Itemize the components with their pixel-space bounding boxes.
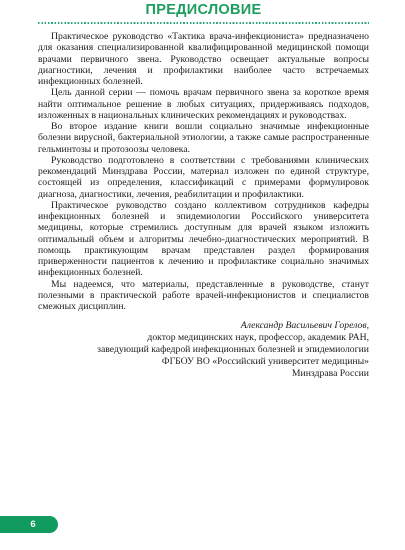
paragraph-2: Цель данной серии — помочь врачам первич… (38, 87, 369, 121)
page-number-badge: 6 (0, 516, 58, 533)
page-number: 6 (22, 519, 35, 530)
signature-line-3: ФГБОУ ВО «Российский университет медицин… (38, 356, 369, 368)
paragraph-5: Практическое руководство создано коллект… (38, 200, 369, 279)
paragraph-4: Руководство подготовлено в соответствии … (38, 155, 369, 200)
preface-text: Практическое руководство «Тактика врача-… (38, 31, 369, 312)
paragraph-3: Во второе издание книги вошли социально … (38, 121, 369, 155)
signature-block: Александр Васильевич Горелов, доктор мед… (38, 320, 369, 379)
paragraph-6: Мы надеемся, что материалы, представленн… (38, 279, 369, 313)
signature-line-1: доктор медицинских наук, профессор, акад… (38, 332, 369, 344)
signature-line-4: Минздрава России (38, 368, 369, 380)
paragraph-1: Практическое руководство «Тактика врача-… (38, 31, 369, 87)
signature-line-2: заведующий кафедрой инфекционных болезне… (38, 344, 369, 356)
book-page: ПРЕДИСЛОВИЕ Практическое руководство «Та… (0, 0, 405, 550)
page-content: ПРЕДИСЛОВИЕ Практическое руководство «Та… (38, 2, 369, 379)
dotted-divider (38, 22, 369, 24)
page-title: ПРЕДИСЛОВИЕ (38, 2, 369, 19)
author-name: Александр Васильевич Горелов, (38, 320, 369, 332)
